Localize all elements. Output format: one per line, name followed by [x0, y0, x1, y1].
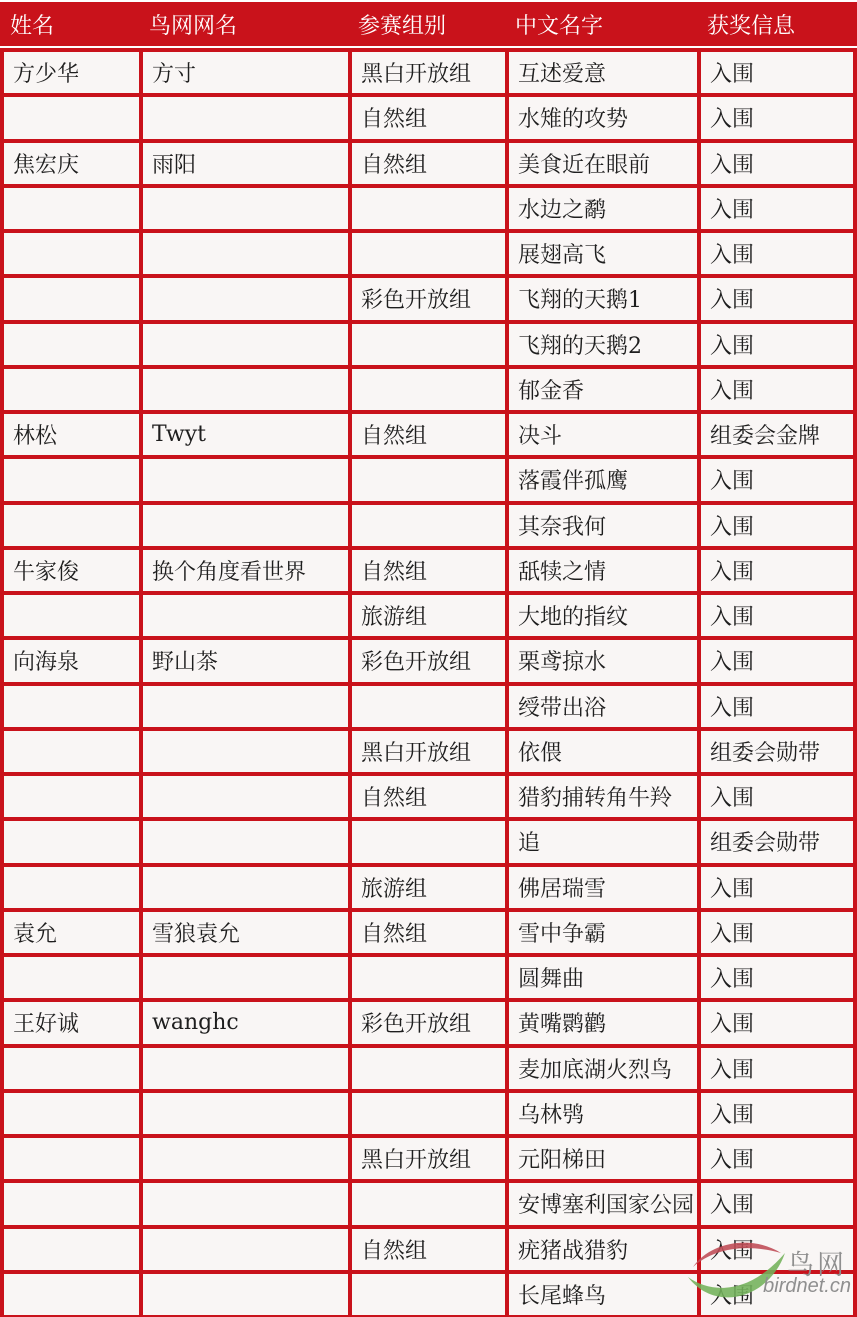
cell-text: 入围: [710, 1053, 754, 1084]
cell-text: 元阳梯田: [518, 1143, 606, 1174]
table-cell: [348, 682, 505, 727]
column-header-title: 中文名字: [505, 9, 697, 40]
cell-text: 入围: [710, 193, 754, 224]
table-cell: 入围: [697, 682, 857, 727]
table-cell: 方寸: [139, 48, 348, 93]
cell-text: 入围: [710, 645, 754, 676]
table-cell: 栗鸢掠水: [505, 636, 697, 681]
table-cell: 展翅高飞: [505, 229, 697, 274]
table-cell: [139, 863, 348, 908]
cell-text: 飞翔的天鹅2: [518, 329, 642, 360]
cell-text: 入围: [710, 148, 754, 179]
cell-text: 麦加底湖火烈鸟: [518, 1053, 672, 1084]
cell-text: 入围: [710, 872, 754, 903]
cell-text: 黄嘴鹮鹳: [518, 1007, 606, 1038]
table-cell: 自然组: [348, 139, 505, 184]
table-cell: [139, 274, 348, 319]
table-cell: 入围: [697, 1089, 857, 1134]
cell-text: 入围: [710, 917, 754, 948]
cell-text: 追: [518, 826, 540, 857]
table-cell: 飞翔的天鹅1: [505, 274, 697, 319]
cell-text: Twyt: [152, 422, 206, 447]
cell-text: 林松: [13, 419, 57, 450]
cell-text: 向海泉: [13, 645, 79, 676]
table-cell: [0, 863, 139, 908]
cell-text: 佛居瑞雪: [518, 872, 606, 903]
cell-text: 入围: [710, 1279, 754, 1310]
cell-text: 入围: [710, 329, 754, 360]
cell-text: 自然组: [361, 555, 427, 586]
table-cell: 入围: [697, 546, 857, 591]
cell-text: 黑白开放组: [361, 1143, 471, 1174]
table-cell: 入围: [697, 93, 857, 138]
table-cell: 入围: [697, 1134, 857, 1179]
cell-text: 郁金香: [518, 374, 584, 405]
table-cell: 雪狼袁允: [139, 908, 348, 953]
table-cell: 绶带出浴: [505, 682, 697, 727]
table-cell: 彩色开放组: [348, 636, 505, 681]
table-cell: [139, 455, 348, 500]
table-cell: wanghc: [139, 998, 348, 1043]
cell-text: 自然组: [361, 917, 427, 948]
table-cell: [0, 365, 139, 410]
table-cell: 入围: [697, 591, 857, 636]
table-header-row: 姓名 鸟网网名 参赛组别 中文名字 获奖信息: [0, 2, 857, 46]
table-cell: 组委会勋带: [697, 727, 857, 772]
cell-text: 入围: [710, 1143, 754, 1174]
table-cell: [139, 229, 348, 274]
table-cell: 入围: [697, 184, 857, 229]
table-cell: 组委会金牌: [697, 410, 857, 455]
cell-text: 入围: [710, 1007, 754, 1038]
table-cell: [0, 772, 139, 817]
table-cell: 入围: [697, 274, 857, 319]
table-cell: 野山茶: [139, 636, 348, 681]
table-cell: [0, 1225, 139, 1270]
table-cell: [348, 1089, 505, 1134]
table-cell: 麦加底湖火烈鸟: [505, 1044, 697, 1089]
cell-text: 入围: [710, 374, 754, 405]
table-cell: 落霞伴孤鹰: [505, 455, 697, 500]
table-cell: [139, 365, 348, 410]
cell-text: 猎豹捕转角牛羚: [518, 781, 672, 812]
table-cell: 入围: [697, 998, 857, 1043]
table-cell: [0, 1134, 139, 1179]
table-cell: [348, 1179, 505, 1224]
table-cell: [348, 501, 505, 546]
cell-text: 入围: [710, 102, 754, 133]
cell-text: 彩色开放组: [361, 283, 471, 314]
table-cell: 入围: [697, 365, 857, 410]
table-cell: 元阳梯田: [505, 1134, 697, 1179]
cell-text: 依偎: [518, 736, 562, 767]
table-cell: [0, 229, 139, 274]
table-cell: [139, 184, 348, 229]
cell-text: 大地的指纹: [518, 600, 628, 631]
table-cell: 自然组: [348, 410, 505, 455]
table-cell: [0, 953, 139, 998]
cell-text: 自然组: [361, 1234, 427, 1265]
table-cell: 长尾蜂鸟: [505, 1270, 697, 1315]
cell-text: 入围: [710, 464, 754, 495]
table-cell: [0, 591, 139, 636]
cell-text: 入围: [710, 600, 754, 631]
cell-text: 组委会勋带: [710, 736, 820, 767]
cell-text: 入围: [710, 1234, 754, 1265]
table-cell: [0, 320, 139, 365]
cell-text: 雪中争霸: [518, 917, 606, 948]
cell-text: 旅游组: [361, 600, 427, 631]
cell-text: 组委会金牌: [710, 419, 820, 450]
table-cell: [0, 727, 139, 772]
table-cell: [139, 727, 348, 772]
cell-text: 入围: [710, 57, 754, 88]
table-cell: 黑白开放组: [348, 1134, 505, 1179]
cell-text: 落霞伴孤鹰: [518, 464, 628, 495]
cell-text: 乌林鸮: [518, 1098, 584, 1129]
table-cell: 黄嘴鹮鹳: [505, 998, 697, 1043]
table-cell: 入围: [697, 908, 857, 953]
table-cell: [139, 682, 348, 727]
table-cell: 水雉的攻势: [505, 93, 697, 138]
table-cell: 雪中争霸: [505, 908, 697, 953]
table-cell: 入围: [697, 1270, 857, 1315]
cell-text: 入围: [710, 283, 754, 314]
cell-text: 王好诚: [13, 1007, 79, 1038]
table-cell: 入围: [697, 455, 857, 500]
cell-text: 入围: [710, 1188, 754, 1219]
table-cell: [139, 1089, 348, 1134]
table-cell: 彩色开放组: [348, 998, 505, 1043]
table-cell: [0, 93, 139, 138]
cell-text: 互述爱意: [518, 57, 606, 88]
table-cell: 自然组: [348, 546, 505, 591]
table-cell: [0, 1044, 139, 1089]
cell-text: wanghc: [152, 1010, 239, 1035]
table-cell: [348, 229, 505, 274]
cell-text: 自然组: [361, 148, 427, 179]
table-cell: [139, 591, 348, 636]
cell-text: 水边之鹬: [518, 193, 606, 224]
cell-text: 栗鸢掠水: [518, 645, 606, 676]
table-cell: [139, 1044, 348, 1089]
table-cell: 入围: [697, 320, 857, 365]
cell-text: 入围: [710, 962, 754, 993]
table-cell: [0, 1270, 139, 1315]
table-cell: [348, 455, 505, 500]
cell-text: 美食近在眼前: [518, 148, 650, 179]
table-cell: [0, 682, 139, 727]
cell-text: 野山茶: [152, 645, 218, 676]
table-cell: [139, 1270, 348, 1315]
table-cell: 王好诚: [0, 998, 139, 1043]
table-cell: 入围: [697, 772, 857, 817]
table-cell: 入围: [697, 229, 857, 274]
table-cell: [139, 93, 348, 138]
table-cell: [348, 953, 505, 998]
cell-text: 飞翔的天鹅1: [518, 283, 642, 314]
cell-text: 黑白开放组: [361, 57, 471, 88]
column-header-name: 姓名: [0, 9, 139, 40]
cell-text: 旅游组: [361, 872, 427, 903]
cell-text: 决斗: [518, 419, 562, 450]
table-cell: [139, 501, 348, 546]
cell-text: 圆舞曲: [518, 962, 584, 993]
table-cell: [0, 1089, 139, 1134]
table-cell: 疣猪战猎豹: [505, 1225, 697, 1270]
cell-text: 彩色开放组: [361, 1007, 471, 1038]
table-cell: [348, 365, 505, 410]
table-cell: 旅游组: [348, 591, 505, 636]
table-cell: 入围: [697, 636, 857, 681]
column-header-username: 鸟网网名: [139, 9, 348, 40]
table-cell: [139, 1134, 348, 1179]
table-cell: 决斗: [505, 410, 697, 455]
cell-text: 舐犊之情: [518, 555, 606, 586]
cell-text: 入围: [710, 510, 754, 541]
cell-text: 自然组: [361, 781, 427, 812]
cell-text: 彩色开放组: [361, 645, 471, 676]
cell-text: 入围: [710, 1098, 754, 1129]
table-cell: [139, 772, 348, 817]
table-cell: 入围: [697, 1179, 857, 1224]
table-cell: 美食近在眼前: [505, 139, 697, 184]
table-cell: [139, 320, 348, 365]
table-cell: 追: [505, 817, 697, 862]
table-cell: 飞翔的天鹅2: [505, 320, 697, 365]
table-cell: [0, 184, 139, 229]
table-cell: 郁金香: [505, 365, 697, 410]
cell-text: 焦宏庆: [13, 148, 79, 179]
table-cell: [0, 455, 139, 500]
table-cell: [0, 274, 139, 319]
table-cell: 入围: [697, 1044, 857, 1089]
table-cell: 换个角度看世界: [139, 546, 348, 591]
cell-text: 入围: [710, 781, 754, 812]
cell-text: 长尾蜂鸟: [518, 1279, 606, 1310]
table-cell: 入围: [697, 48, 857, 93]
cell-text: 入围: [710, 691, 754, 722]
table-cell: [139, 817, 348, 862]
table-cell: [139, 953, 348, 998]
table-cell: 方少华: [0, 48, 139, 93]
cell-text: 自然组: [361, 102, 427, 133]
table-cell: [0, 501, 139, 546]
table-cell: [0, 1179, 139, 1224]
table-cell: [348, 1044, 505, 1089]
table-cell: 水边之鹬: [505, 184, 697, 229]
cell-text: 绶带出浴: [518, 691, 606, 722]
cell-text: 袁允: [13, 917, 57, 948]
cell-text: 牛家俊: [13, 555, 79, 586]
column-header-group: 参赛组别: [348, 9, 505, 40]
table-cell: 入围: [697, 1225, 857, 1270]
table-cell: 圆舞曲: [505, 953, 697, 998]
cell-text: 雪狼袁允: [152, 917, 240, 948]
table-cell: [0, 817, 139, 862]
table-cell: 自然组: [348, 908, 505, 953]
awards-table: 方少华方寸黑白开放组互述爱意入围自然组水雉的攻势入围焦宏庆雨阳自然组美食近在眼前…: [0, 48, 857, 1317]
cell-text: 雨阳: [152, 148, 196, 179]
table-cell: 雨阳: [139, 139, 348, 184]
table-cell: [139, 1225, 348, 1270]
table-cell: 旅游组: [348, 863, 505, 908]
table-cell: 组委会勋带: [697, 817, 857, 862]
table-cell: Twyt: [139, 410, 348, 455]
table-cell: 自然组: [348, 93, 505, 138]
cell-text: 展翅高飞: [518, 238, 606, 269]
table-cell: 自然组: [348, 1225, 505, 1270]
table-cell: 袁允: [0, 908, 139, 953]
table-cell: 猎豹捕转角牛羚: [505, 772, 697, 817]
cell-text: 入围: [710, 555, 754, 586]
table-cell: 焦宏庆: [0, 139, 139, 184]
table-cell: 林松: [0, 410, 139, 455]
table-cell: 黑白开放组: [348, 727, 505, 772]
cell-text: 方少华: [13, 57, 79, 88]
cell-text: 水雉的攻势: [518, 102, 628, 133]
table-cell: 入围: [697, 953, 857, 998]
cell-text: 组委会勋带: [710, 826, 820, 857]
table-cell: 牛家俊: [0, 546, 139, 591]
cell-text: 安博塞利国家公园: [518, 1188, 694, 1219]
table-cell: 向海泉: [0, 636, 139, 681]
table-cell: [348, 1270, 505, 1315]
table-cell: 佛居瑞雪: [505, 863, 697, 908]
table-cell: 安博塞利国家公园: [505, 1179, 697, 1224]
table-cell: 舐犊之情: [505, 546, 697, 591]
table-cell: [348, 184, 505, 229]
cell-text: 方寸: [152, 57, 196, 88]
table-cell: 彩色开放组: [348, 274, 505, 319]
table-cell: 入围: [697, 863, 857, 908]
table-cell: 入围: [697, 139, 857, 184]
table-cell: 互述爱意: [505, 48, 697, 93]
table-cell: 乌林鸮: [505, 1089, 697, 1134]
table-cell: 黑白开放组: [348, 48, 505, 93]
table-cell: [348, 320, 505, 365]
column-header-award: 获奖信息: [697, 9, 857, 40]
cell-text: 黑白开放组: [361, 736, 471, 767]
table-cell: 其奈我何: [505, 501, 697, 546]
table-cell: 大地的指纹: [505, 591, 697, 636]
table-cell: 自然组: [348, 772, 505, 817]
table-cell: [348, 817, 505, 862]
table-cell: [139, 1179, 348, 1224]
cell-text: 疣猪战猎豹: [518, 1234, 628, 1265]
cell-text: 换个角度看世界: [152, 555, 306, 586]
cell-text: 自然组: [361, 419, 427, 450]
cell-text: 入围: [710, 238, 754, 269]
table-cell: 入围: [697, 501, 857, 546]
cell-text: 其奈我何: [518, 510, 606, 541]
table-cell: 依偎: [505, 727, 697, 772]
